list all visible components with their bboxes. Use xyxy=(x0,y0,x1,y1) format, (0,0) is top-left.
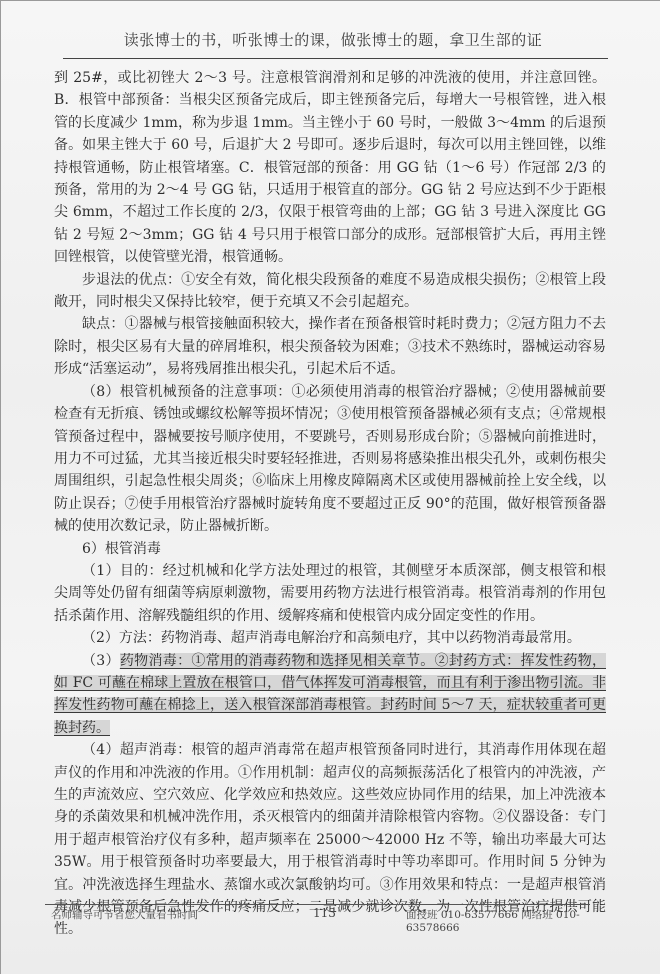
section-heading-root-canal-disinfection: 6）根管消毒 xyxy=(54,538,606,560)
footer-slogan: 名师辅导可节省您大量看书时间 xyxy=(51,907,198,922)
paragraph-disadvantages: 缺点：①器械与根管接触面积较大，操作者在预备根管时耗时费力；②冠方阻力不去除时，… xyxy=(54,313,606,380)
page-number: 113 xyxy=(313,906,336,920)
paragraph-purpose: （1）目的：经过机械和化学方法处理过的根管，其侧壁牙本质深部，侧支根管和根尖周等… xyxy=(54,560,606,627)
highlighted-passage: 药物消毒：①常用的消毒药物和选择见相关章节。②封药方式：挥发性药物，如 FC 可… xyxy=(54,653,606,736)
footer-contact: 面授班 010-63577666 网络班 010-63578666 xyxy=(406,907,591,934)
paragraph-precautions: （8）根管机械预备的注意事项：①必须使用消毒的根管治疗器械；②使用器械前要检查有… xyxy=(54,381,606,538)
paragraph-methods: （2）方法：药物消毒、超声消毒电解治疗和高频电疗，其中以药物消毒最常用。 xyxy=(54,627,606,649)
page-header: 读张博士的书，听张博士的课，做张博士的题，拿卫生部的证 xyxy=(63,29,603,50)
item-prefix: （3） xyxy=(82,653,120,669)
page-body: 到 25#，或比初锉大 2～3 号。注意根管润滑剂和足够的冲洗液的使用，并注意回… xyxy=(54,67,606,941)
page-footer: 名师辅导可节省您大量看书时间 113 面授班 010-63577666 网络班 … xyxy=(51,907,591,923)
footer-divider xyxy=(45,904,590,905)
header-divider xyxy=(63,58,608,59)
paragraph-step-back-preparation: 到 25#，或比初锉大 2～3 号。注意根管润滑剂和足够的冲洗液的使用，并注意回… xyxy=(54,67,606,269)
paragraph-advantages: 步退法的优点：①安全有效，简化根尖段预备的难度不易造成根尖损伤；②根管上段敞开，… xyxy=(54,269,606,314)
paragraph-drug-disinfection: （3）药物消毒：①常用的消毒药物和选择见相关章节。②封药方式：挥发性药物，如 F… xyxy=(54,650,606,740)
scanned-page: 读张博士的书，听张博士的课，做张博士的题，拿卫生部的证 到 25#，或比初锉大 … xyxy=(0,0,660,974)
